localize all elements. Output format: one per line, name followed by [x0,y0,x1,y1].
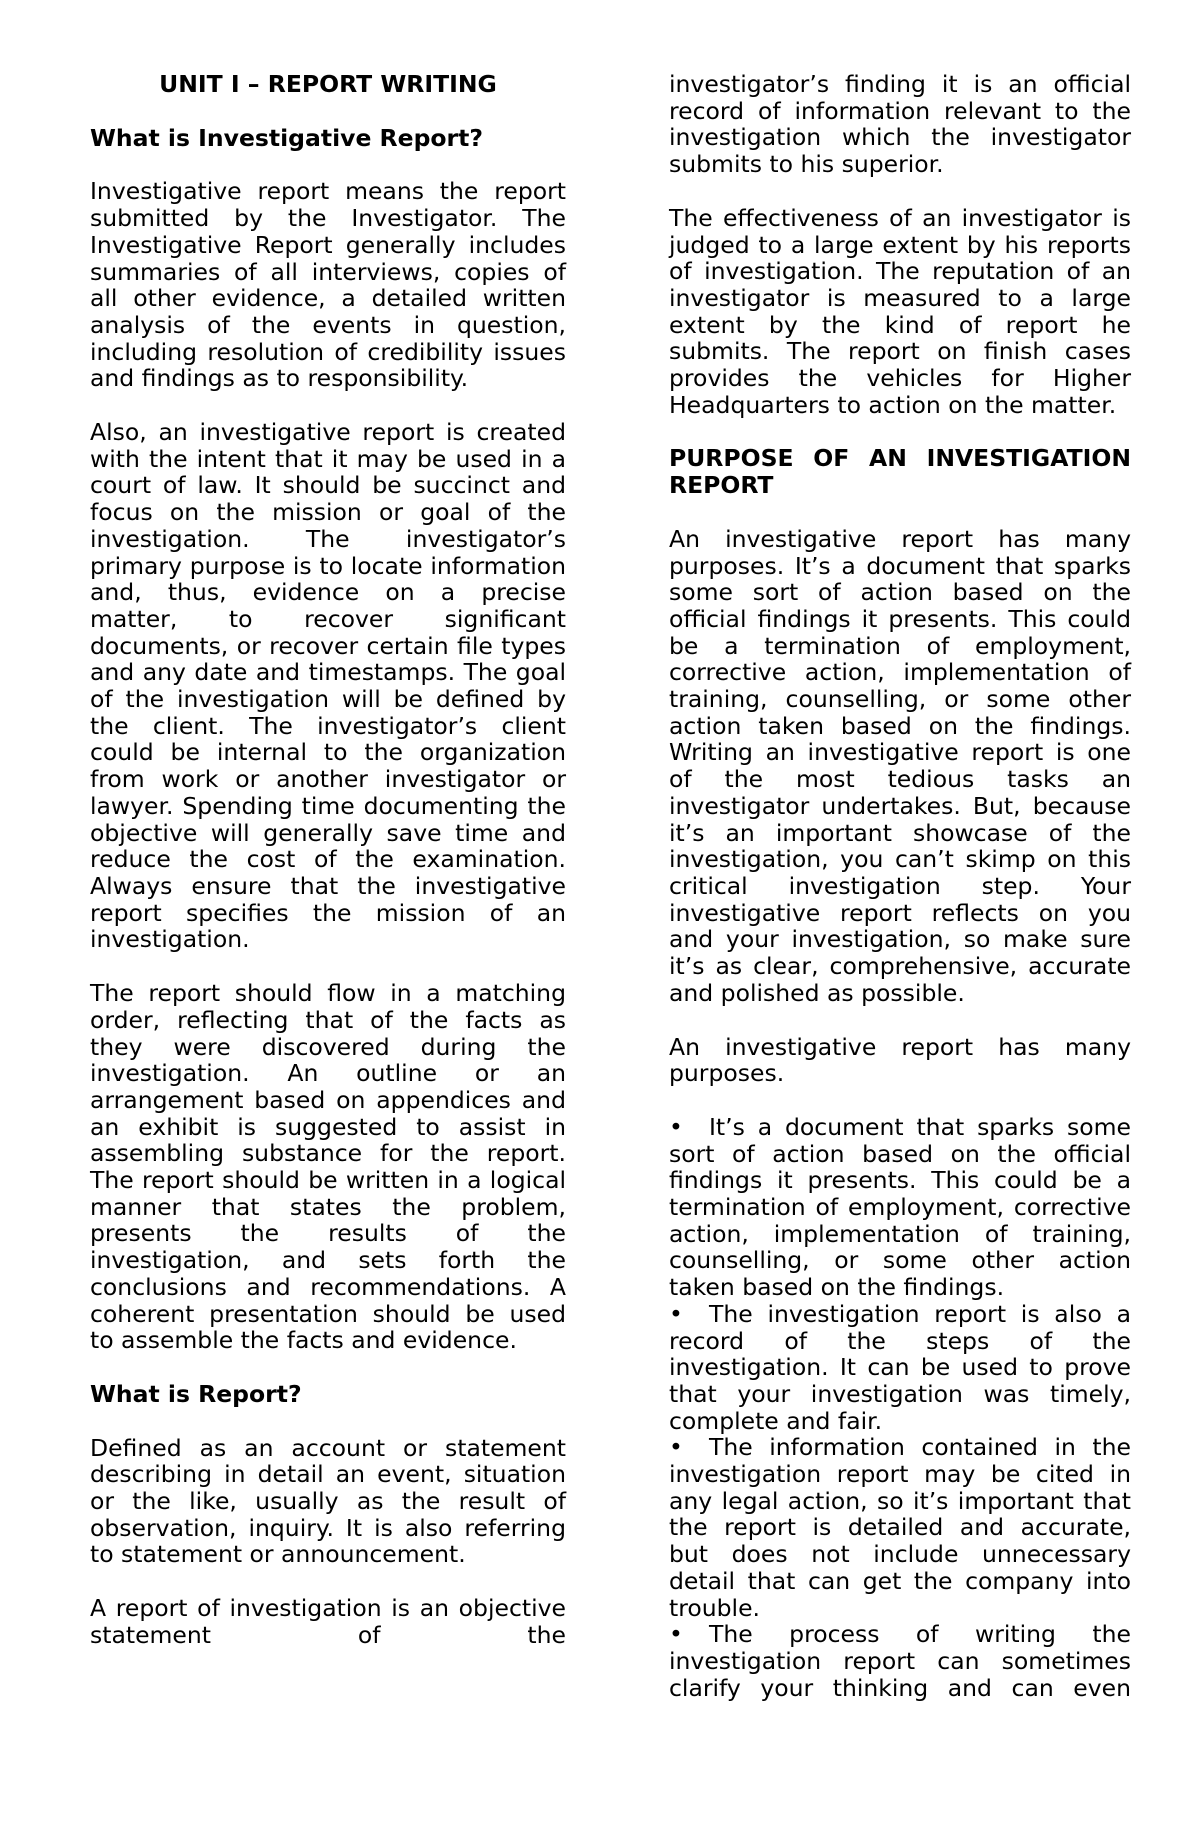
paragraph: investigator’s finding it is an official… [669,71,1131,178]
bullet-text: The information contained in the investi… [669,1433,1131,1621]
bullet-item: •The process of writing the investigatio… [669,1621,1131,1701]
paragraph: Defined as an account or statement descr… [90,1435,566,1569]
section-heading-purpose-of-an-investigation-report: PURPOSE OF AN INVESTIGATION REPORT [669,445,1131,498]
left-column: UNIT I – REPORT WRITING What is Investig… [90,71,566,1676]
bullet-icon: • [669,1621,709,1648]
section-heading-what-is-report: What is Report? [90,1381,566,1408]
document-title: UNIT I – REPORT WRITING [90,71,566,98]
paragraph: Also, an investigative report is created… [90,419,566,953]
bullet-icon: • [669,1114,709,1141]
bullet-text: It’s a document that sparks some sort of… [669,1113,1131,1301]
paragraph: The report should flow in a matching ord… [90,980,566,1354]
bullet-icon: • [669,1434,709,1461]
bullet-item: •It’s a document that sparks some sort o… [669,1114,1131,1301]
bullet-item: •The investigation report is also a reco… [669,1301,1131,1435]
right-column: investigator’s finding it is an official… [669,71,1131,1701]
paragraph: An investigative report has many purpose… [669,1034,1131,1087]
bullet-text: The investigation report is also a recor… [669,1300,1131,1435]
document-page: UNIT I – REPORT WRITING What is Investig… [0,0,1200,1835]
bullet-item: •The information contained in the invest… [669,1434,1131,1621]
paragraph: Investigative report means the report su… [90,178,566,392]
paragraph: A report of investigation is an objectiv… [90,1595,566,1648]
bullet-icon: • [669,1301,709,1328]
bullet-text: The process of writing the investigation… [669,1620,1131,1701]
paragraph: The effectiveness of an investigator is … [669,205,1131,419]
section-heading-what-is-investigative-report: What is Investigative Report? [90,125,566,152]
paragraph: An investigative report has many purpose… [669,526,1131,1007]
